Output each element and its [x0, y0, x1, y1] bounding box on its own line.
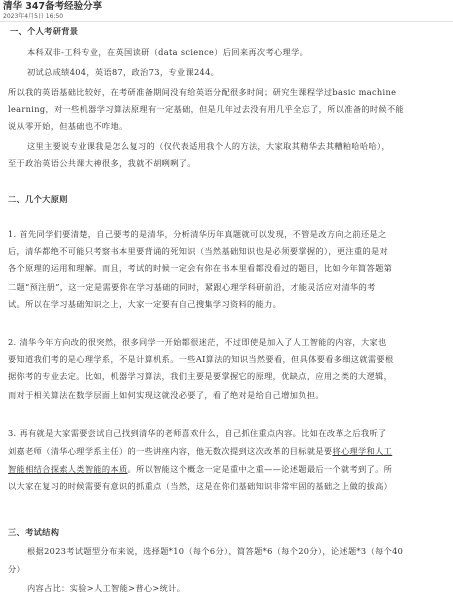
text-segment: 。所以智能这个概念一定是重中之重——论述题最后一个就考到了。所 — [128, 464, 393, 474]
paragraph-line: 以大家在复习的时候需要有意识的抓重点（当然，这是在你们基础知识非常牢固的基础之上… — [8, 480, 392, 492]
paragraph-line: 初试总成绩404，英语87，政治73，专业课244。 — [27, 66, 219, 78]
paragraph-line: 所以我的英语基础比较好，在考研准备期间没有给英语分配很多时间；研究生课程学过ba… — [8, 86, 396, 98]
section-heading-exam-structure: 三、考试结构 — [8, 526, 59, 538]
paragraph-line: 3. 再有就是大家需要尝试自己找到清华的老师喜欢什么，自己抓住重点内容。比如在改… — [8, 427, 387, 439]
paragraph-line: 要知道我们考的是心理学系，不是计算机系。一些AI算法的知识当然要看，但具体要看多… — [8, 353, 394, 365]
paragraph-line: 这里主要说专业课我是怎么复习的（仅代表适用我个人的方法，大家取其精华去其糟粕哈哈… — [27, 140, 390, 152]
underlined-emphasis: 将心理学和人工 — [332, 446, 392, 456]
paragraph-line: 后，清华都绝不可能只考察书本里要背诵的死知识（当然基础知识也是必须要掌握的），更… — [8, 245, 388, 257]
section-heading-principles: 二、几个大原则 — [8, 193, 68, 205]
paragraph-line: 据你考的专业去定。比如，机器学习算法，我们主要是要掌握它的原理，优缺点，应用之类… — [8, 370, 392, 382]
document-header: 清华 347备考经验分享 2023年4月5日 16:50 — [0, 0, 453, 22]
document-title: 清华 347备考经验分享 — [3, 1, 102, 12]
paragraph-line: 智能相结合探索人类智能的本质。所以智能这个概念一定是重中之重——论述题最后一个就… — [8, 463, 392, 475]
section-heading-background: 一、个人考研背景 — [10, 25, 78, 37]
paragraph-line: 本科双非-工科专业，在英国读研（data science）后回来再次考心理学。 — [27, 46, 308, 58]
paragraph-line: 根据2023考试题型分布来说，选择题*10（每个6分），简答题*6（每个20分）… — [27, 545, 403, 557]
paragraph-line: 1. 首先同学们要清楚，自己要考的是清华，分析清华历年真题就可以发现，不管是改方… — [8, 228, 387, 240]
document-date: 2023年4月5日 16:50 — [3, 13, 63, 21]
paragraph-line: 内容占比：实验>人工智能>普心>统计。 — [27, 582, 185, 594]
paragraph-line: learning，对一些机器学习算法原理有一定基础，但是几年过去没有用几乎全忘了… — [8, 103, 404, 115]
paragraph-line: 说从零开始，但基础也不咋地。 — [8, 120, 128, 132]
paragraph-line: 分） — [8, 563, 25, 575]
paragraph-line: 2. 清华今年方向改的很突然，很多同学一开始都很迷茫，不过即使是加入了人工智能的… — [8, 336, 387, 348]
text-segment: 刘嘉老师（清华心理学系主任）的一些讲座内容，他无数次提到这次改革的目标就是要 — [8, 446, 332, 456]
paragraph-line: 二题“预注册”，这一定是需要你在学习基础的同时，紧跟心理学科研前沿，才能灵活应对… — [8, 281, 376, 293]
paragraph-line: 各个原理的运用和理解。而且，考试的时候一定会有你在书本里看都没看过的题目，比如今… — [8, 262, 392, 274]
underlined-emphasis: 智能相结合探索人类智能的本质 — [8, 464, 128, 474]
paragraph-line: 而对于相关算法在数学层面上如何实现这就没必要了，看了绝对是给自己增加负担。 — [8, 389, 324, 401]
paragraph-line: 至于政治英语公共课大神很多，我就不胡咧咧了。 — [8, 157, 196, 169]
paragraph-line: 试。所以在学习基础知识之上，大家一定要有自己搜集学习资料的能力。 — [8, 298, 281, 310]
paragraph-line: 刘嘉老师（清华心理学系主任）的一些讲座内容，他无数次提到这次改革的目标就是要将心… — [8, 445, 392, 457]
